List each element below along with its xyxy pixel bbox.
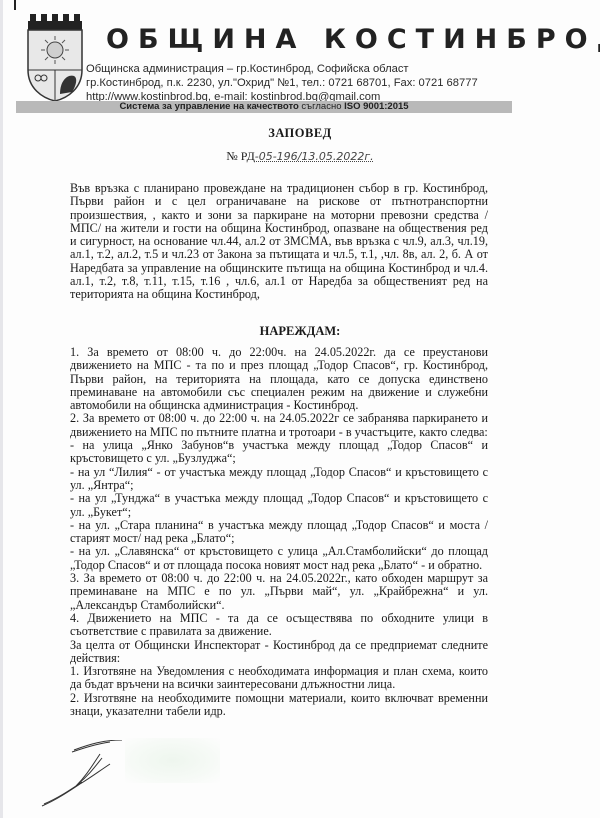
document-title: ЗАПОВЕД bbox=[0, 126, 600, 141]
organization-contacts: Общинска администрация – гр.Костинброд, … bbox=[86, 62, 478, 104]
order-number-prefix: № РД bbox=[226, 149, 254, 163]
handwritten-signature-icon bbox=[40, 740, 140, 815]
intro-paragraph: Във връзка с планирано провеждане на тра… bbox=[70, 182, 488, 302]
order-item: 3. За времето от 08:00 ч. до 22:00 ч. на… bbox=[70, 572, 488, 612]
municipal-coat-of-arms-icon bbox=[24, 14, 84, 102]
iso-certification-bar: Система за управление на качеството съгл… bbox=[16, 101, 512, 113]
street-item: - на ул “Лилия“ - от участъка между площ… bbox=[70, 466, 488, 493]
action-intro: За целта от Общински Инспекторат - Кости… bbox=[70, 639, 488, 666]
section-heading: НАРЕЖДАМ: bbox=[0, 324, 600, 339]
address-line: Общинска администрация – гр.Костинброд, … bbox=[86, 62, 478, 76]
street-item: - на ул. „Стара планина“ в участъка межд… bbox=[70, 519, 488, 546]
iso-standard: ISO 9001:2015 bbox=[344, 101, 408, 112]
order-number: № РД-05-196/13.05.2022г. bbox=[0, 149, 600, 164]
order-items: 1. За времето от 08:00 ч. до 22:00ч. на … bbox=[70, 346, 488, 718]
contact-line: гр.Костинброд, п.к. 2230, ул."Охрид" №1,… bbox=[86, 76, 478, 90]
order-item: 2. За времето от 08:00 ч. до 22:00 ч. на… bbox=[70, 412, 488, 439]
document-page: ОБЩИНА КОСТИНБРОД Общинска администрация… bbox=[0, 0, 600, 818]
action-item: 1. Изготвяне на Уведомления с необходима… bbox=[70, 665, 488, 692]
order-number-handwritten: -05-196/13.05.2022г. bbox=[255, 150, 374, 163]
street-item: - на ул „Тунджа“ в участъка между площад… bbox=[70, 492, 488, 519]
street-item: - на ул. „Славянска“ от кръстовището с у… bbox=[70, 545, 488, 572]
order-item: 4. Движението на МПС - та да се осъществ… bbox=[70, 612, 488, 639]
scan-edge bbox=[0, 0, 3, 818]
street-item: - на улица „Янко Забунов“в участъка межд… bbox=[70, 439, 488, 466]
organization-name: ОБЩИНА КОСТИНБРОД bbox=[106, 24, 600, 55]
scan-mark bbox=[14, 0, 16, 10]
iso-text: съгласно bbox=[299, 101, 344, 112]
order-item: 1. За времето от 08:00 ч. до 22:00ч. на … bbox=[70, 346, 488, 412]
letterhead: ОБЩИНА КОСТИНБРОД Общинска администрация… bbox=[20, 12, 580, 102]
iso-text-bold: Система за управление на качеството bbox=[119, 101, 298, 112]
action-item: 2. Изготвяне на необходимите помощни мат… bbox=[70, 692, 488, 719]
